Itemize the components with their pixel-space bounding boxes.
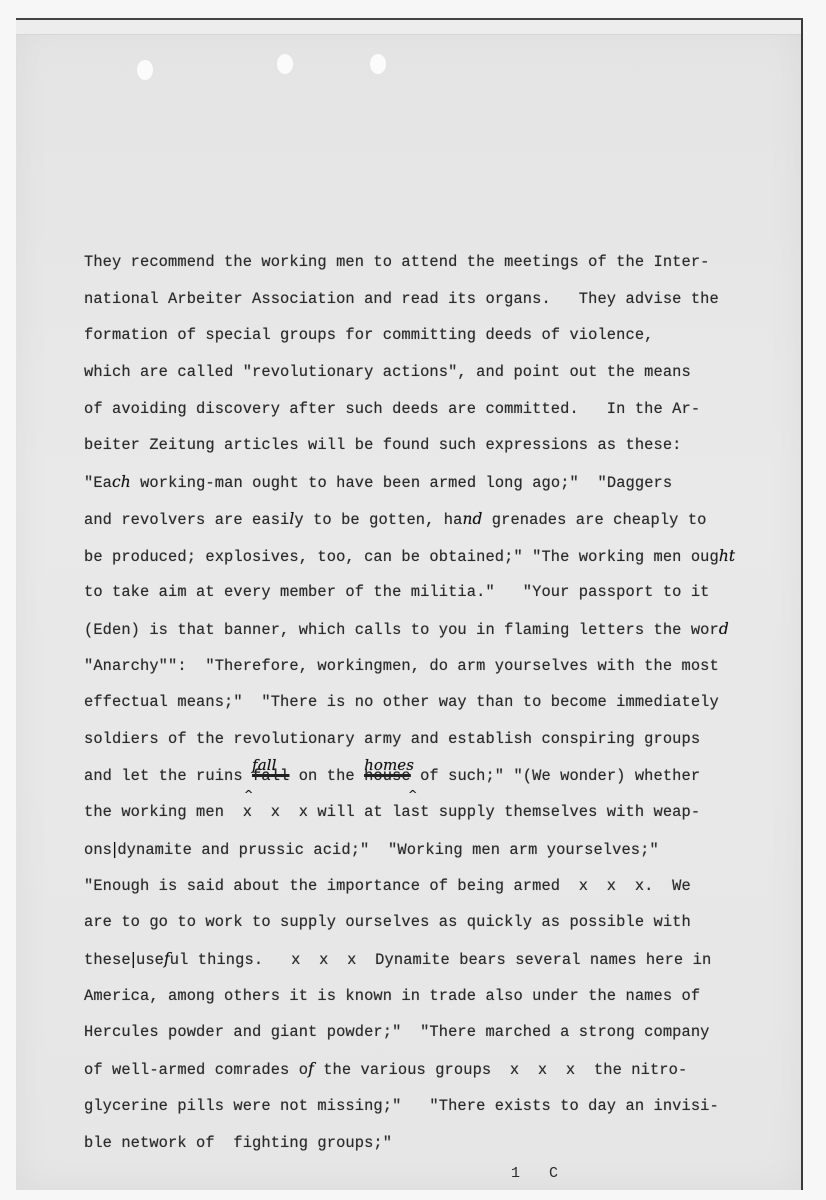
text-segment: these — [84, 951, 131, 969]
text-segment: and let the ruins — [84, 767, 252, 785]
text-segment: "Ea — [84, 474, 112, 492]
punch-hole — [137, 60, 153, 80]
text-line: ons|dynamite and prussic acid;" "Working… — [84, 831, 784, 868]
text-segment: be produced; explosives, too, can be obt… — [84, 548, 719, 566]
text-line: and revolvers are easily to be gotten, h… — [84, 501, 784, 538]
text-line: ble network of fighting groups;" — [84, 1125, 784, 1162]
text-segment: of such;" "(We wonder) whether — [411, 767, 700, 785]
scanned-document: They recommend the working men to attend… — [0, 0, 826, 1200]
text-segment: dynamite and prussic acid;" "Working men… — [117, 841, 658, 859]
handwritten-insertion: fall — [252, 747, 277, 784]
struck-word: househomes^ — [364, 767, 411, 785]
text-line: national Arbeiter Association and read i… — [84, 281, 784, 318]
handwritten-correction: nd — [462, 510, 482, 528]
text-line: "Each working-man ought to have been arm… — [84, 464, 784, 501]
text-segment: on the — [289, 767, 364, 785]
text-segment: working-man ought to have been armed lon… — [131, 474, 672, 492]
text-segment: and revolvers are easi — [84, 511, 289, 529]
text-line: "Enough is said about the importance of … — [84, 868, 784, 905]
text-line: soldiers of the revolutionary army and e… — [84, 721, 784, 758]
handwritten-correction: ch — [112, 473, 131, 491]
text-line: these|useful things. x x x Dynamite bear… — [84, 941, 784, 978]
text-segment: (Eden) is that banner, which calls to yo… — [84, 621, 719, 639]
text-line: America, among others it is known in tra… — [84, 978, 784, 1015]
text-segment: ul things. x x x Dynamite bears several … — [170, 951, 711, 969]
text-line: "Anarchy"": "Therefore, workingmen, do a… — [84, 648, 784, 685]
text-line: formation of special groups for committi… — [84, 317, 784, 354]
text-line: of avoiding discovery after such deeds a… — [84, 391, 784, 428]
paper-page: They recommend the working men to attend… — [16, 18, 803, 1190]
handwritten-insertion: homes — [364, 747, 414, 784]
text-line: the working men x x x will at last suppl… — [84, 794, 784, 831]
handwritten-correction: ht — [719, 547, 735, 565]
text-segment: ons — [84, 841, 112, 859]
text-line: effectual means;" "There is no other way… — [84, 684, 784, 721]
text-line: and let the ruins fallfall^ on the house… — [84, 758, 784, 795]
text-line: be produced; explosives, too, can be obt… — [84, 538, 784, 575]
text-segment: use — [136, 951, 164, 969]
text-segment: of well-armed comrades o — [84, 1061, 308, 1079]
text-line: of well-armed comrades of the various gr… — [84, 1051, 784, 1088]
punch-hole — [370, 54, 386, 74]
text-line: to take aim at every member of the milit… — [84, 574, 784, 611]
typewritten-body: They recommend the working men to attend… — [84, 244, 784, 1161]
page-number: 1 C — [511, 1165, 568, 1182]
punch-hole — [277, 54, 293, 74]
text-line: which are called "revolutionary actions"… — [84, 354, 784, 391]
text-line: Hercules powder and giant powder;" "Ther… — [84, 1014, 784, 1051]
text-segment: y to be gotten, ha — [294, 511, 462, 529]
text-line: (Eden) is that banner, which calls to yo… — [84, 611, 784, 648]
page-top-fold — [16, 20, 801, 35]
text-segment: grenades are cheaply to — [482, 511, 706, 529]
text-line: glycerine pills were not missing;" "Ther… — [84, 1088, 784, 1125]
text-line: They recommend the working men to attend… — [84, 244, 784, 281]
handwritten-correction: d — [719, 620, 729, 638]
text-line: are to go to work to supply ourselves as… — [84, 904, 784, 941]
text-line: beiter Zeitung articles will be found su… — [84, 427, 784, 464]
struck-word: fallfall^ — [252, 767, 289, 785]
text-segment: the various groups x x x the nitro- — [314, 1061, 687, 1079]
